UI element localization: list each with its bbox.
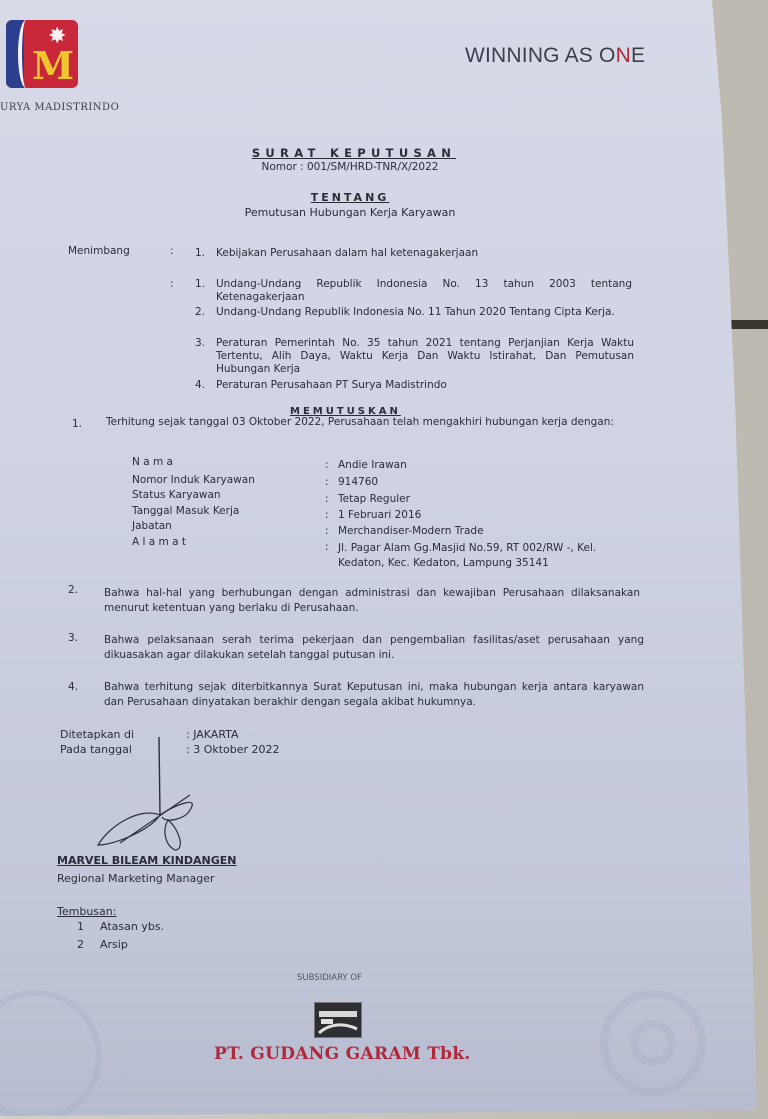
colon: : (170, 278, 174, 291)
colon: : (325, 509, 329, 522)
tembusan-label: Tembusan: (57, 905, 116, 918)
company-name: URYA MADISTRINDO (0, 102, 119, 113)
list-number: 2. (195, 306, 205, 319)
colon: : (325, 459, 329, 472)
colon: : (325, 525, 329, 538)
field-label: Jabatan (132, 520, 172, 533)
employee-name: Andie Irawan (338, 459, 407, 472)
employee-address: Jl. Pagar Alam Gg.Masjid No.59, RT 002/R… (338, 541, 642, 571)
field-label: N a m a (132, 456, 173, 469)
list-number: 1 (77, 920, 84, 933)
batik-watermark-inner (630, 1020, 676, 1066)
mengingat-item: Undang-Undang Republik Indonesia No. 11 … (216, 306, 632, 319)
list-number: 1. (195, 247, 205, 260)
colon: : (325, 476, 329, 489)
field-label: A l a m a t (132, 536, 186, 549)
tembusan-item: Atasan ybs. (100, 920, 164, 933)
colon: : (325, 493, 329, 506)
employee-status: Tetap Reguler (338, 493, 410, 506)
employee-start-date: 1 Februari 2016 (338, 509, 421, 522)
document-number: Nomor : 001/SM/HRD-TNR/X/2022 (0, 161, 700, 173)
mengingat-item: Undang-Undang Republik Indonesia No. 13 … (216, 278, 632, 304)
list-number: 3. (195, 337, 205, 350)
list-number: 2. (68, 584, 78, 597)
decision-item: Terhitung sejak tanggal 03 Oktober 2022,… (106, 416, 640, 429)
field-label: Nomor Induk Karyawan (132, 474, 255, 487)
list-number: 2 (77, 938, 84, 951)
signatory-position: Regional Marketing Manager (57, 872, 215, 885)
document-subject: Pemutusan Hubungan Kerja Karyawan (0, 206, 700, 219)
list-number: 1. (195, 278, 205, 291)
employee-position: Merchandiser-Modern Trade (338, 525, 484, 538)
letter-paper: ✸ M URYA MADISTRINDO WINNING AS ONE SURA… (0, 0, 768, 1119)
subsidiary-label: SUBSIDIARY OF (297, 973, 362, 983)
employee-id: 914760 (338, 476, 378, 489)
parent-company-name: PT. GUDANG GARAM Tbk. (214, 1044, 471, 1064)
floor-seam (728, 320, 768, 329)
slogan: WINNING AS ONE (465, 44, 645, 68)
list-number: 4. (195, 379, 205, 392)
surya-madistrindo-logo: ✸ M (6, 20, 78, 88)
decision-item: Bahwa hal-hal yang berhubungan dengan ad… (104, 586, 640, 616)
signatory-name: MARVEL BILEAM KINDANGEN (57, 854, 237, 867)
batik-watermark-left (0, 990, 102, 1119)
document-title: SURAT KEPUTUSAN (4, 146, 704, 160)
list-number: 4. (68, 681, 78, 694)
mengingat-item: Peraturan Pemerintah No. 35 tahun 2021 t… (216, 337, 634, 376)
mengingat-item: Peraturan Perusahaan PT Surya Madistrind… (216, 379, 636, 392)
tembusan-item: Arsip (100, 938, 128, 951)
field-label: Status Karyawan (132, 489, 221, 502)
gudang-garam-logo (314, 1002, 362, 1038)
list-number: 1. (72, 418, 82, 431)
tentang-heading: TENTANG (0, 191, 700, 204)
menimbang-label: Menimbang (68, 245, 130, 258)
decision-item: Bahwa terhitung sejak diterbitkannya Sur… (104, 680, 644, 710)
colon: : (170, 245, 174, 258)
signature-icon (90, 735, 210, 855)
list-number: 3. (68, 632, 78, 645)
colon: : (325, 541, 329, 554)
decision-item: Bahwa pelaksanaan serah terima pekerjaan… (104, 633, 644, 663)
menimbang-item: Kebijakan Perusahaan dalam hal ketenagak… (216, 247, 636, 260)
field-label: Tanggal Masuk Kerja (132, 505, 239, 518)
